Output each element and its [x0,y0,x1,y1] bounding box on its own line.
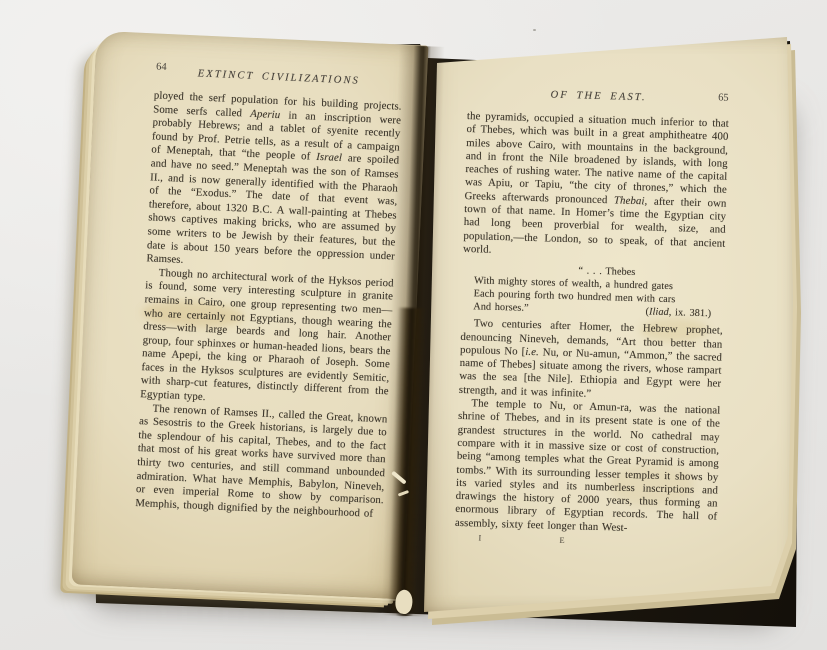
verse-attribution: (Iliad, ix. 381.) [645,306,711,321]
italic-text: Aperiu [250,107,281,120]
paragraph: the pyramids, occupied a situation much … [463,110,729,264]
right-text-top: the pyramids, occupied a situation much … [463,110,729,264]
italic-text: Israel [316,151,342,164]
right-page: OF THE EAST. 65 the pyramids, occupied a… [414,36,794,614]
paragraph: The temple to Nu, or Amun-ra, was the na… [455,397,721,538]
left-header-title: EXTINCT CIVILIZATIONS [197,68,360,86]
left-page-text: ployed the serf population for his build… [135,89,402,521]
right-running-header: OF THE EAST. 65 [468,82,730,105]
left-page: 64 EXTINCT CIVILIZATIONS ployed the serf… [72,31,429,599]
text: Though no architectural work of the Hyks… [140,267,394,404]
italic-text: i.e. [525,346,539,358]
dust-speck [533,29,536,31]
text: The renown of Ramses II., called the Gre… [135,402,388,519]
paragraph: ployed the serf population for his build… [146,89,402,277]
italic-text: Thebai [614,194,645,207]
paragraph: Though no architectural work of the Hyks… [140,266,394,413]
verse-last-line: And horses.” [473,301,529,316]
text: , ix. 381.) [669,307,712,319]
left-page-number: 64 [156,61,167,72]
paragraph: Two centuries after Homer, the Hebrew pr… [459,317,723,405]
right-header-title: OF THE EAST. [550,89,646,103]
right-text-bottom: Two centuries after Homer, the Hebrew pr… [455,317,723,537]
italic-text: Iliad [649,307,669,319]
text: the pyramids, occupied a situation much … [464,110,729,206]
left-running-header: 64 EXTINCT CIVILIZATIONS [155,61,403,87]
photo-background: 64 EXTINCT CIVILIZATIONS ployed the serf… [0,0,827,650]
text: are spoiled and have no seed.” Meneptah … [146,152,399,266]
paragraph: The renown of Ramses II., called the Gre… [135,402,388,522]
signature-mark-left: I [478,533,481,543]
text: The temple to Nu, or Amun-ra, was the na… [455,397,721,533]
signature-mark-center: E [559,535,564,545]
right-page-number: 65 [718,92,729,103]
verse-quote: “ . . . ThebesWith mighty stores of weal… [473,262,724,321]
right-page-text: the pyramids, occupied a situation much … [455,110,729,538]
